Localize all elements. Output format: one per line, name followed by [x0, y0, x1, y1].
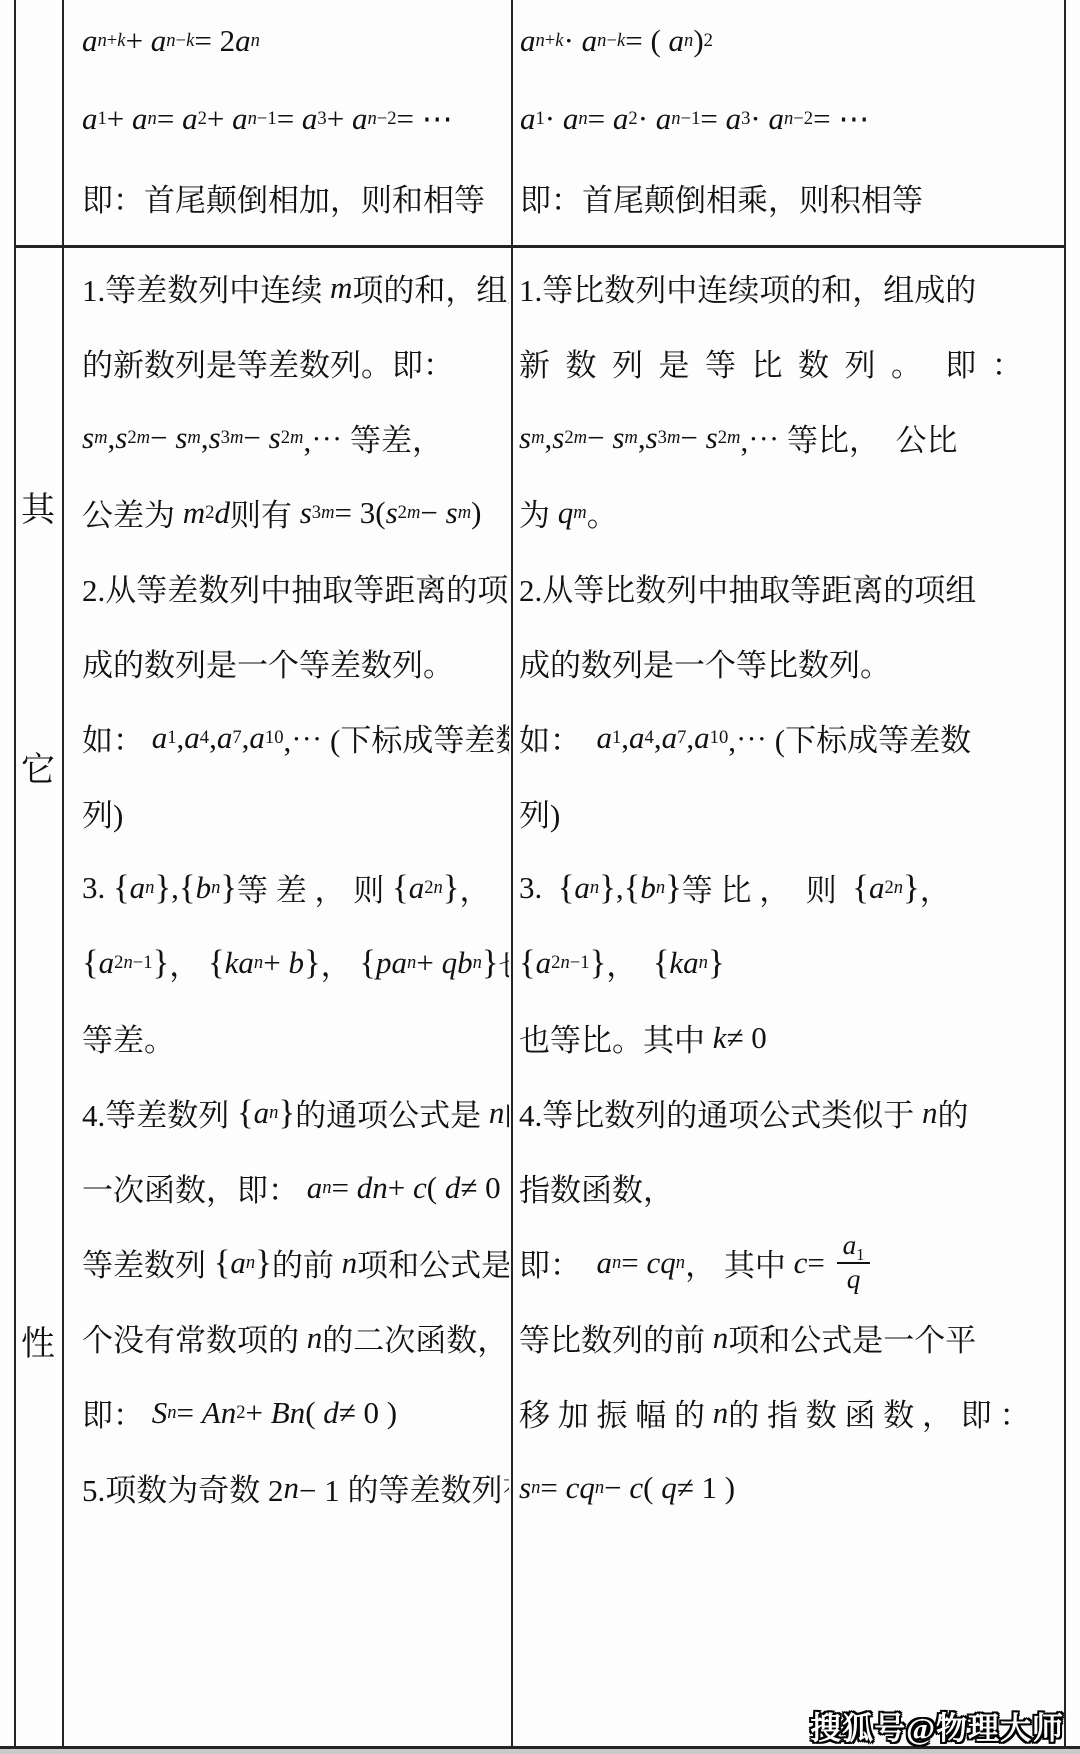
formula-line: 即： Sn = An2 + Bn ( d ≠ 0 )	[82, 1375, 509, 1450]
formula-line: 等差数列 {an} 的前 n 项和公式是一	[82, 1225, 509, 1300]
formula-line: 即： an = cqn ， 其中 c = a1q	[519, 1225, 1062, 1300]
formula-line: 个没有常数项的 n 的二次函数，	[82, 1300, 509, 1375]
formula-line: {a2n−1} ， {kan}	[519, 925, 1062, 1000]
formula-line: 3. {an},{bn} 等 比 ， 则 {a2n} ，	[519, 850, 1062, 925]
formula-line: 列)	[82, 775, 509, 850]
page-bottom-edge	[0, 1749, 1080, 1754]
table-border-right	[1064, 0, 1066, 1748]
formula-line: 如： a1,a4,a7,a10,⋯ (下标成等差数	[82, 700, 509, 775]
formula-line: 1.等差数列中连续 m 项的和，组成	[82, 250, 509, 325]
formula-line: 即：首尾颠倒相加，则和相等	[82, 158, 508, 236]
formula-line: 5.项数为奇数 2n − 1 的等差数列有：	[82, 1450, 509, 1525]
formula-line: 2.从等比数列中抽取等距离的项组	[519, 550, 1062, 625]
formula-line: 指数函数，	[519, 1150, 1062, 1225]
table-row-separator	[14, 245, 1066, 248]
formula-line: a1 + an = a2 + an−1 = a3 + an−2 = ⋯	[82, 80, 508, 158]
cell-geometric-other-properties: 1.等比数列中连续项的和，组成的新 数 列 是 等 比 数 列 。 即 ：sm,…	[519, 250, 1062, 1744]
formula-line: an+k · an−k = ( an )2	[520, 2, 1062, 80]
row-label-char-ta: 它	[14, 742, 62, 791]
formula-line: 新 数 列 是 等 比 数 列 。 即 ：	[519, 325, 1062, 400]
formula-line: 列)	[519, 775, 1062, 850]
formula-line: 移 加 振 幅 的 n 的 指 数 函 数 ， 即 ：	[519, 1375, 1062, 1450]
formula-line: 为 qm 。	[519, 475, 1062, 550]
row-label-char-qi: 其	[14, 482, 62, 531]
cell-arithmetic-other-properties: 1.等差数列中连续 m 项的和，组成的新数列是等差数列。即：sm,s2m − s…	[82, 250, 509, 1744]
formula-line: 2.从等差数列中抽取等距离的项组	[82, 550, 509, 625]
formula-line: 一次函数，即： an = dn + c ( d ≠ 0 )	[82, 1150, 509, 1225]
formula-line: {a2n−1} ， {kan + b} ， {pan + qbn} 也	[82, 925, 509, 1000]
formula-line: 等比数列的前 n 项和公式是一个平	[519, 1300, 1062, 1375]
formula-line: 公差为 m2d 则有 s3m = 3(s2m − sm)	[82, 475, 509, 550]
formula-line: sn = cqn − c( q ≠ 1 )	[519, 1450, 1062, 1525]
formula-line: an+k + an−k = 2an	[82, 2, 508, 80]
formula-line: 3. {an},{bn} 等 差 ， 则 {a2n} ，	[82, 850, 509, 925]
cell-geometric-symmetry: an+k · an−k = ( an )2a1 · an = a2 · an−1…	[520, 2, 1062, 242]
formula-line: a1 · an = a2 · an−1 = a3 · an−2 = ⋯	[520, 80, 1062, 158]
formula-line: 等差。	[82, 1000, 509, 1075]
formula-line: sm,s2m − sm,s3m − s2m,⋯ 等比， 公比	[519, 400, 1062, 475]
formula-line: 4.等差数列 {an} 的通项公式是 n 的	[82, 1075, 509, 1150]
row-label-char-xing: 性	[14, 1316, 62, 1365]
formula-line: sm,s2m − sm,s3m − s2m,⋯ 等差，	[82, 400, 509, 475]
table-divider-center	[511, 0, 513, 1748]
formula-line: 也等比。其中 k ≠ 0	[519, 1000, 1062, 1075]
sequence-properties-table-page: an+k + an−k = 2ana1 + an = a2 + an−1 = a…	[0, 0, 1080, 1754]
formula-line: 成的数列是一个等比数列。	[519, 625, 1062, 700]
watermark: 搜狐号@物理大师	[810, 1703, 1064, 1748]
formula-line: 1.等比数列中连续项的和，组成的	[519, 250, 1062, 325]
formula-line: 的新数列是等差数列。即：	[82, 325, 509, 400]
formula-line: 4.等比数列的通项公式类似于 n 的	[519, 1075, 1062, 1150]
cell-arithmetic-symmetry: an+k + an−k = 2ana1 + an = a2 + an−1 = a…	[82, 2, 508, 242]
table-border-left	[14, 0, 16, 1748]
formula-line: 即：首尾颠倒相乘，则积相等	[520, 158, 1062, 236]
formula-line: 如： a1,a4,a7,a10,⋯ (下标成等差数	[519, 700, 1062, 775]
formula-line: 成的数列是一个等差数列。	[82, 625, 509, 700]
table-divider-label-col	[62, 0, 64, 1748]
